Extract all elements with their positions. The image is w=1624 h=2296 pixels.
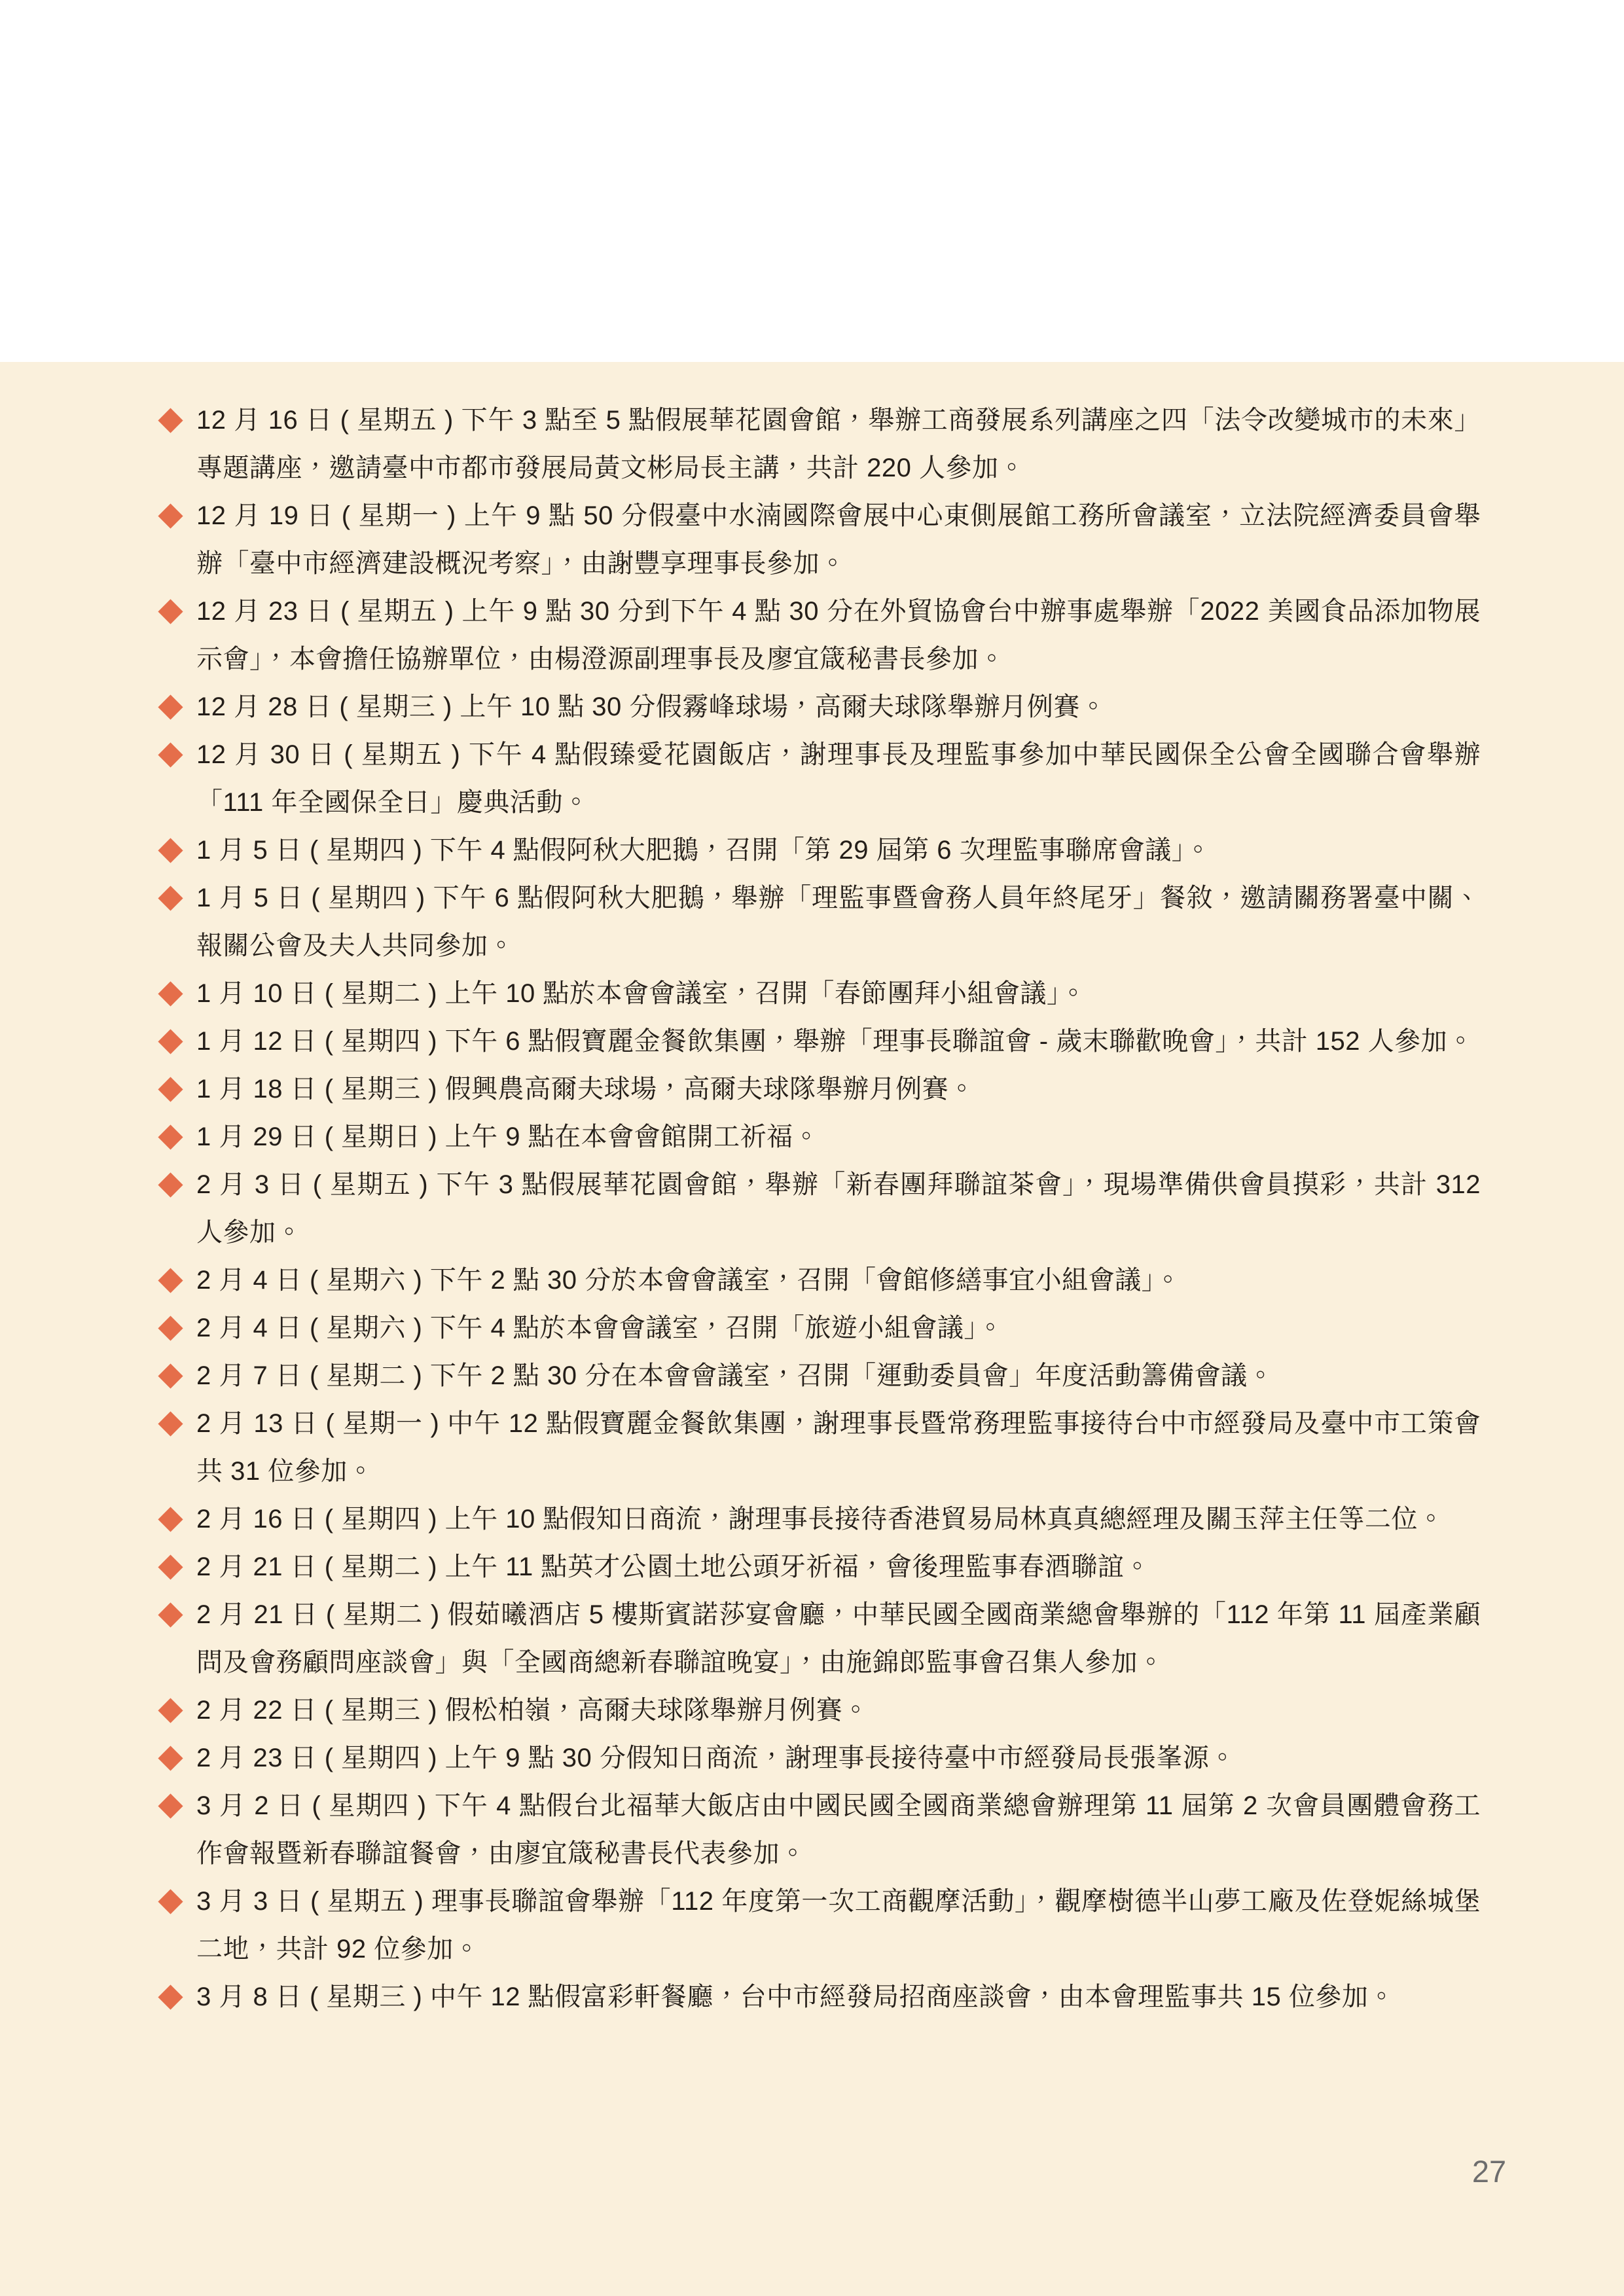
bullet-cell [158, 1113, 196, 1161]
event-text: 1 月 5 日 ( 星期四 ) 下午 4 點假阿秋大肥鵝，召開「第 29 屆第 … [196, 827, 1481, 874]
list-item: 3 月 8 日 ( 星期三 ) 中午 12 點假富彩軒餐廳，台中市經發局招商座談… [158, 1973, 1481, 2021]
list-item: 2 月 23 日 ( 星期四 ) 上午 9 點 30 分假知日商流，謝理事長接待… [158, 1734, 1481, 1782]
bullet-cell [158, 731, 196, 779]
event-text: 12 月 23 日 ( 星期五 ) 上午 9 點 30 分到下午 4 點 30 … [196, 588, 1481, 683]
diamond-bullet-icon [158, 1602, 183, 1627]
list-item: 12 月 23 日 ( 星期五 ) 上午 9 點 30 分到下午 4 點 30 … [158, 588, 1481, 683]
list-item: 2 月 4 日 ( 星期六 ) 下午 4 點於本會會議室，召開「旅遊小組會議」。 [158, 1304, 1481, 1352]
bullet-cell [158, 1687, 196, 1734]
bullet-cell [158, 1304, 196, 1352]
event-text: 2 月 4 日 ( 星期六 ) 下午 2 點 30 分於本會會議室，召開「會館修… [196, 1257, 1481, 1304]
bullet-cell [158, 970, 196, 1018]
list-item: 1 月 5 日 ( 星期四 ) 下午 6 點假阿秋大肥鵝，舉辦「理監事暨會務人員… [158, 874, 1481, 970]
event-text: 2 月 16 日 ( 星期四 ) 上午 10 點假知日商流，謝理事長接待香港貿易… [196, 1496, 1481, 1543]
diamond-bullet-icon [158, 694, 183, 719]
event-text: 3 月 3 日 ( 星期五 ) 理事長聯誼會舉辦「112 年度第一次工商觀摩活動… [196, 1878, 1481, 1973]
diamond-bullet-icon [158, 1698, 183, 1723]
diamond-bullet-icon [158, 1029, 183, 1054]
list-item: 2 月 22 日 ( 星期三 ) 假松柏嶺，高爾夫球隊舉辦月例賽。 [158, 1687, 1481, 1734]
event-text: 1 月 12 日 ( 星期四 ) 下午 6 點假寶麗金餐飲集團，舉辦「理事長聯誼… [196, 1018, 1481, 1066]
diamond-bullet-icon [158, 838, 183, 863]
bullet-cell [158, 1973, 196, 2021]
diamond-bullet-icon [158, 599, 183, 624]
bullet-cell [158, 1400, 196, 1448]
bullet-cell [158, 588, 196, 636]
diamond-bullet-icon [158, 1746, 183, 1770]
event-text: 2 月 22 日 ( 星期三 ) 假松柏嶺，高爾夫球隊舉辦月例賽。 [196, 1687, 1481, 1734]
bullet-cell [158, 827, 196, 874]
event-text: 2 月 21 日 ( 星期二 ) 上午 11 點英才公園土地公頭牙祈福，會後理監… [196, 1543, 1481, 1591]
event-list: 12 月 16 日 ( 星期五 ) 下午 3 點至 5 點假展華花園會館，舉辦工… [158, 397, 1481, 2021]
event-text: 2 月 23 日 ( 星期四 ) 上午 9 點 30 分假知日商流，謝理事長接待… [196, 1734, 1481, 1782]
bullet-cell [158, 1257, 196, 1304]
diamond-bullet-icon [158, 742, 183, 767]
diamond-bullet-icon [158, 1554, 183, 1579]
bullet-cell [158, 1543, 196, 1591]
list-item: 12 月 30 日 ( 星期五 ) 下午 4 點假臻愛花園飯店，謝理事長及理監事… [158, 731, 1481, 827]
diamond-bullet-icon [158, 1316, 183, 1340]
list-item: 1 月 5 日 ( 星期四 ) 下午 4 點假阿秋大肥鵝，召開「第 29 屆第 … [158, 827, 1481, 874]
bullet-cell [158, 683, 196, 731]
list-item: 2 月 3 日 ( 星期五 ) 下午 3 點假展華花園會館，舉辦「新春團拜聯誼茶… [158, 1161, 1481, 1257]
bullet-cell [158, 492, 196, 540]
diamond-bullet-icon [158, 1793, 183, 1818]
diamond-bullet-icon [158, 1077, 183, 1102]
bullet-cell [158, 1878, 196, 1926]
event-text: 2 月 3 日 ( 星期五 ) 下午 3 點假展華花園會館，舉辦「新春團拜聯誼茶… [196, 1161, 1481, 1257]
bullet-cell [158, 1161, 196, 1209]
bullet-cell [158, 874, 196, 922]
event-text: 2 月 21 日 ( 星期二 ) 假茹曦酒店 5 樓斯賓諾莎宴會廳，中華民國全國… [196, 1591, 1481, 1687]
top-white-band [0, 0, 1624, 362]
bullet-cell [158, 1591, 196, 1639]
event-text: 12 月 19 日 ( 星期一 ) 上午 9 點 50 分假臺中水湳國際會展中心… [196, 492, 1481, 588]
event-text: 1 月 10 日 ( 星期二 ) 上午 10 點於本會會議室，召開「春節團拜小組… [196, 970, 1481, 1018]
list-item: 2 月 21 日 ( 星期二 ) 假茹曦酒店 5 樓斯賓諾莎宴會廳，中華民國全國… [158, 1591, 1481, 1687]
event-text: 12 月 28 日 ( 星期三 ) 上午 10 點 30 分假霧峰球場，高爾夫球… [196, 683, 1481, 731]
list-item: 1 月 18 日 ( 星期三 ) 假興農高爾夫球場，高爾夫球隊舉辦月例賽。 [158, 1066, 1481, 1113]
list-item: 1 月 29 日 ( 星期日 ) 上午 9 點在本會會館開工祈福。 [158, 1113, 1481, 1161]
diamond-bullet-icon [158, 1507, 183, 1532]
list-item: 12 月 28 日 ( 星期三 ) 上午 10 點 30 分假霧峰球場，高爾夫球… [158, 683, 1481, 731]
list-item: 1 月 10 日 ( 星期二 ) 上午 10 點於本會會議室，召開「春節團拜小組… [158, 970, 1481, 1018]
list-item: 1 月 12 日 ( 星期四 ) 下午 6 點假寶麗金餐飲集團，舉辦「理事長聯誼… [158, 1018, 1481, 1066]
diamond-bullet-icon [158, 886, 183, 910]
diamond-bullet-icon [158, 1363, 183, 1388]
bullet-cell [158, 1066, 196, 1113]
list-item: 2 月 21 日 ( 星期二 ) 上午 11 點英才公園土地公頭牙祈福，會後理監… [158, 1543, 1481, 1591]
event-text: 2 月 4 日 ( 星期六 ) 下午 4 點於本會會議室，召開「旅遊小組會議」。 [196, 1304, 1481, 1352]
list-item: 2 月 16 日 ( 星期四 ) 上午 10 點假知日商流，謝理事長接待香港貿易… [158, 1496, 1481, 1543]
bullet-cell [158, 1734, 196, 1782]
event-text: 3 月 2 日 ( 星期四 ) 下午 4 點假台北福華大飯店由中國民國全國商業總… [196, 1782, 1481, 1878]
bullet-cell [158, 397, 196, 444]
diamond-bullet-icon [158, 503, 183, 528]
list-item: 2 月 4 日 ( 星期六 ) 下午 2 點 30 分於本會會議室，召開「會館修… [158, 1257, 1481, 1304]
event-text: 1 月 29 日 ( 星期日 ) 上午 9 點在本會會館開工祈福。 [196, 1113, 1481, 1161]
diamond-bullet-icon [158, 981, 183, 1006]
event-text: 12 月 30 日 ( 星期五 ) 下午 4 點假臻愛花園飯店，謝理事長及理監事… [196, 731, 1481, 827]
event-text: 2 月 7 日 ( 星期二 ) 下午 2 點 30 分在本會會議室，召開「運動委… [196, 1352, 1481, 1400]
list-item: 3 月 3 日 ( 星期五 ) 理事長聯誼會舉辦「112 年度第一次工商觀摩活動… [158, 1878, 1481, 1973]
list-item: 3 月 2 日 ( 星期四 ) 下午 4 點假台北福華大飯店由中國民國全國商業總… [158, 1782, 1481, 1878]
diamond-bullet-icon [158, 1268, 183, 1293]
bullet-cell [158, 1018, 196, 1066]
page-number: 27 [1453, 2155, 1525, 2189]
diamond-bullet-icon [158, 1172, 183, 1197]
list-item: 2 月 7 日 ( 星期二 ) 下午 2 點 30 分在本會會議室，召開「運動委… [158, 1352, 1481, 1400]
diamond-bullet-icon [158, 1984, 183, 2009]
event-text: 1 月 5 日 ( 星期四 ) 下午 6 點假阿秋大肥鵝，舉辦「理監事暨會務人員… [196, 874, 1481, 970]
list-item: 12 月 19 日 ( 星期一 ) 上午 9 點 50 分假臺中水湳國際會展中心… [158, 492, 1481, 588]
event-text: 12 月 16 日 ( 星期五 ) 下午 3 點至 5 點假展華花園會館，舉辦工… [196, 397, 1481, 492]
bullet-cell [158, 1782, 196, 1830]
list-item: 2 月 13 日 ( 星期一 ) 中午 12 點假寶麗金餐飲集團，謝理事長暨常務… [158, 1400, 1481, 1496]
diamond-bullet-icon [158, 1124, 183, 1149]
list-item: 12 月 16 日 ( 星期五 ) 下午 3 點至 5 點假展華花園會館，舉辦工… [158, 397, 1481, 492]
event-text: 2 月 13 日 ( 星期一 ) 中午 12 點假寶麗金餐飲集團，謝理事長暨常務… [196, 1400, 1481, 1496]
diamond-bullet-icon [158, 1889, 183, 1914]
event-text: 1 月 18 日 ( 星期三 ) 假興農高爾夫球場，高爾夫球隊舉辦月例賽。 [196, 1066, 1481, 1113]
event-text: 3 月 8 日 ( 星期三 ) 中午 12 點假富彩軒餐廳，台中市經發局招商座談… [196, 1973, 1481, 2021]
diamond-bullet-icon [158, 1411, 183, 1436]
diamond-bullet-icon [158, 408, 183, 433]
bullet-cell [158, 1496, 196, 1543]
bullet-cell [158, 1352, 196, 1400]
